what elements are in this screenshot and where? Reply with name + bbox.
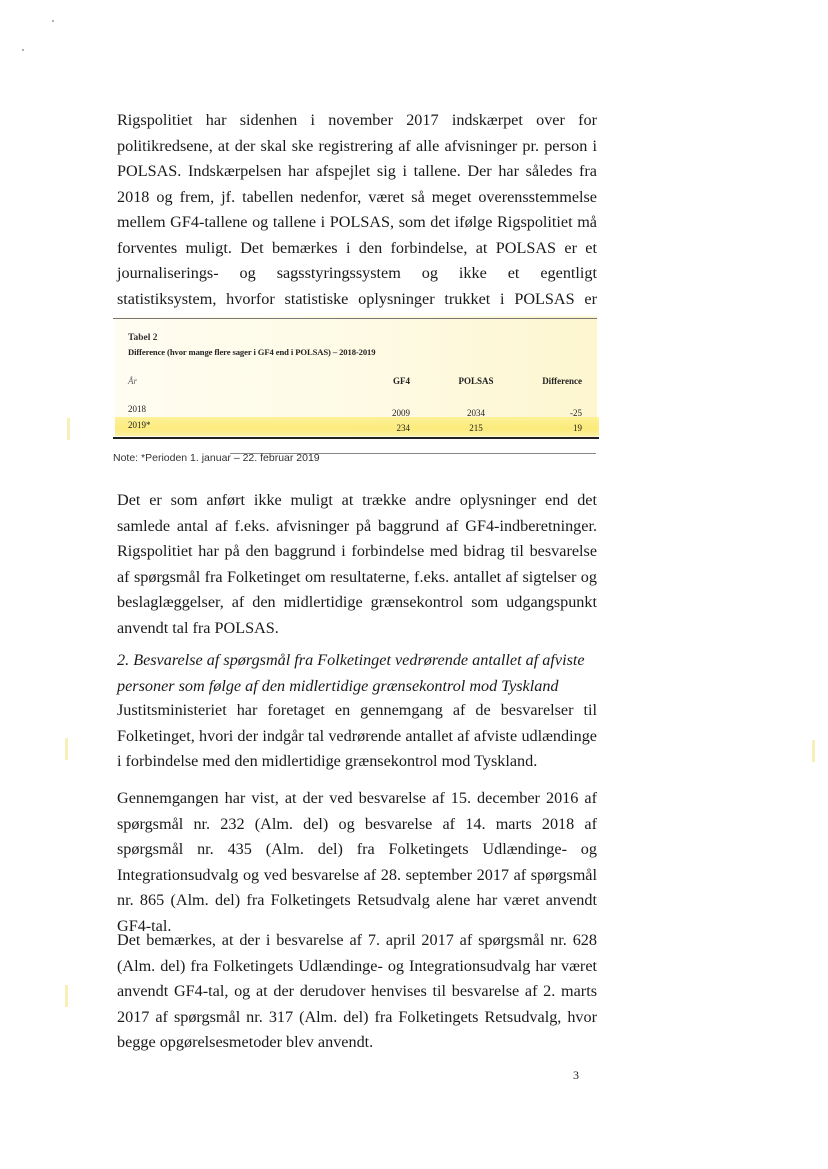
paragraph-review: Justitsministeriet har foretaget en genn… xyxy=(117,698,597,775)
table-title: Difference (hvor mange flere sager i GF4… xyxy=(128,347,375,357)
table-cell-gf4: 2009 xyxy=(360,408,410,418)
highlighter-mark xyxy=(65,985,68,1007)
table-top-rule xyxy=(113,318,597,319)
scan-speck xyxy=(22,49,24,51)
highlighter-mark xyxy=(65,738,68,760)
scan-speck xyxy=(52,20,54,22)
table-label: Tabel 2 xyxy=(128,333,157,343)
highlighter-mark xyxy=(67,418,70,440)
table-note: Note: *Perioden 1. januar – 22. februar … xyxy=(113,452,320,464)
highlighter-mark xyxy=(812,740,815,762)
table-cell-difference: -25 xyxy=(520,408,582,418)
column-header-difference: Difference xyxy=(520,376,582,386)
column-header-year: År xyxy=(128,376,137,386)
table-cell-difference: 19 xyxy=(520,423,582,433)
table-cell-polsas: 215 xyxy=(430,423,522,433)
column-header-polsas: POLSAS xyxy=(430,376,522,386)
table-cell-gf4: 234 xyxy=(360,423,410,433)
paragraph-review-findings: Gennemgangen har vist, at der ved besvar… xyxy=(117,786,597,939)
paragraph-gf4-limitations: Det er som anført ikke muligt at trække … xyxy=(117,488,597,641)
page-number: 3 xyxy=(573,1068,579,1083)
section-heading-2: 2. Besvarelse af spørgsmål fra Folketing… xyxy=(117,648,597,699)
table-cell-year: 2019* xyxy=(128,420,151,430)
table-cell-year: 2018 xyxy=(128,404,146,414)
paragraph-polsas-instruction: Rigspolitiet har sidenhen i november 201… xyxy=(117,108,597,338)
column-header-gf4: GF4 xyxy=(360,376,410,386)
paragraph-additional-remark: Det bemærkes, at der i besvarelse af 7. … xyxy=(117,928,597,1056)
table-bottom-rule xyxy=(113,437,599,439)
table-cell-polsas: 2034 xyxy=(430,408,522,418)
